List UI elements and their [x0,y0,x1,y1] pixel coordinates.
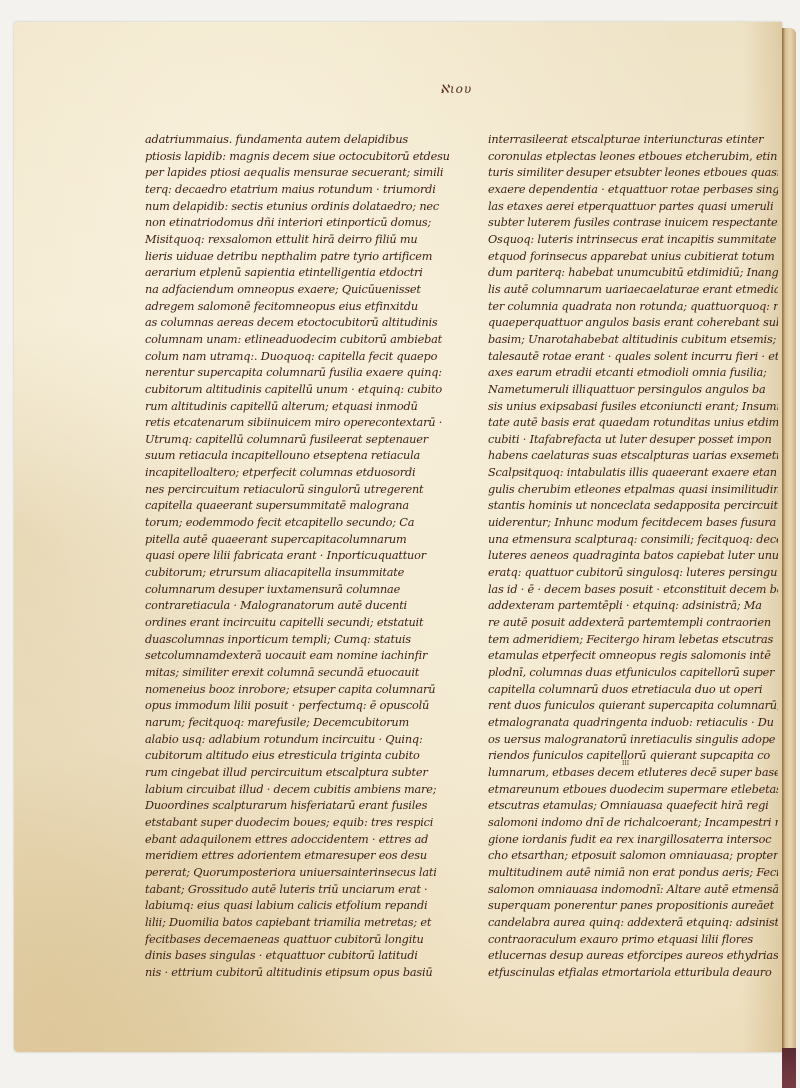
text-line: luteres aeneos quadraginta batos capieba… [488,548,778,565]
text-line: rum cingebat illud percircuitum etscalpt… [145,765,457,782]
text-line: adatriummaius. fundamenta autem delapidi… [145,132,457,149]
text-line: etquod forinsecus apparebat unius cubiti… [488,249,778,266]
text-line: cubiti · Itafabrefacta ut luter desuper … [488,432,778,449]
text-line: retis etcatenarum sibiinuicem miro opere… [145,415,457,432]
text-line: opus immodum lilii posuit · perfectumq: … [145,698,457,715]
text-line: incapitelloaltero; etperfecit columnas e… [145,465,457,482]
folio-number: ℵιου [440,82,472,96]
text-line: coronulas etplectas leones etboues etche… [488,149,778,166]
text-line: cubitorum; etrursum aliacapitella insumm… [145,565,457,582]
text-column-left: adatriummaius. fundamenta autem delapidi… [145,132,457,981]
text-line: cubitorum altitudo eius etresticula trig… [145,748,457,765]
text-line: etmalogranata quadringenta induob: retia… [488,715,778,732]
text-line: torum; eodemmodo fecit etcapitello secun… [145,515,457,532]
text-line: contraretiacula · Malogranatorum autē du… [145,598,457,615]
text-line: alabio usq: adlabium rotundum incircuitu… [145,732,457,749]
text-line: etscutras etamulas; Omniauasa quaefecit … [488,798,778,815]
text-line: dinis bases singulas · etquattuor cubito… [145,948,457,965]
text-line: habens caelaturas suas etscalpturas uari… [488,448,778,465]
text-line: ptiosis lapidib: magnis decem siue octoc… [145,149,457,166]
text-column-right: interrasileerat etscalpturae interiunctu… [488,132,778,981]
text-line: salomoni indomo dnī de richalcoerant; In… [488,815,778,832]
text-line: non etinatriodomus dñi interiori etinpor… [145,215,457,232]
text-line: interrasileerat etscalpturae interiunctu… [488,132,778,149]
text-line: sis unius exipsabasi fusiles etconiuncti… [488,399,778,416]
text-line: subter luterem fusiles contrase inuicem … [488,215,778,232]
text-line: pererat; Quorumposteriora uniuersainteri… [145,865,457,882]
text-line: cho etsarthan; etposuit salomon omniauas… [488,848,778,865]
text-line: Scalpsitquoq: intabulatis illis quaeeran… [488,465,778,482]
text-line: nomeneius booz inrobore; etsuper capita … [145,682,457,699]
text-line: columnam unam: etlineaduodecim cubitorū … [145,332,457,349]
text-line: las etaxes aerei etperquattuor partes qu… [488,199,778,216]
text-line: labium circuibat illud · decem cubitis a… [145,782,457,799]
text-line: tem admeridiem; Fecitergo hiram lebetas … [488,632,778,649]
text-line: basim; Unarotahabebat altitudinis cubitu… [488,332,778,349]
text-line: etamulas etperfecit omneopus regis salom… [488,648,778,665]
text-line: candelabra aurea quinq: addexterā etquin… [488,915,778,932]
text-line: adregem salomonē fecitomneopus eius etfi… [145,299,457,316]
text-line: dum pariterq: habebat unumcubitū etdimid… [488,265,778,282]
text-line: uiderentur; Inhunc modum fecitdecem base… [488,515,778,532]
text-line: Osquoq: luteris intrinsecus erat incapit… [488,232,778,249]
text-line: re autē posuit addexterā partemtempli co… [488,615,778,632]
text-line: nerentur supercapita columnarū fusilia e… [145,365,457,382]
text-line: etfuscinulas etfialas etmortariola ettur… [488,965,778,982]
text-line: gione iordanis fudit ea rex inargillosat… [488,832,778,849]
text-line: pitella autē quaeerant supercapitacolumn… [145,532,457,549]
text-line: rent duos funiculos quierant supercapita… [488,698,778,715]
text-line: etlucernas desup aureas etforcipes aureo… [488,948,778,965]
text-line: lis autē columnarum uariaecaelaturae era… [488,282,778,299]
text-line: Misitquoq: rexsalomon ettulit hirā deirr… [145,232,457,249]
text-line: terq: decaedro etatrium maius rotundum ·… [145,182,457,199]
text-line: superquam ponerentur panes propositionis… [488,898,778,915]
text-line: fecitbases decemaeneas quattuor cubitorū… [145,932,457,949]
text-line: per lapides ptiosi aequalis mensurae sec… [145,165,457,182]
text-line: nis · ettrium cubitorū altitudinis etips… [145,965,457,982]
text-line: quaeperquattuor angulos basis erant cohe… [488,315,778,332]
text-line: setcolumnamdexterā uocauit eam nomine ia… [145,648,457,665]
text-line: nes percircuitum retiaculorū singulorū u… [145,482,457,499]
text-line: una etmensura scalpturaq: consimili; fec… [488,532,778,549]
text-line: salomon omniauasa indomodnī: Altare autē… [488,882,778,899]
text-line: las id · ē · decem bases posuit · etcons… [488,582,778,599]
text-line: turis similiter desuper etsubter leones … [488,165,778,182]
text-line: plodnī, columnas duas etfuniculos capite… [488,665,778,682]
binding-edge [782,1048,796,1088]
text-line: as columnas aereas decem etoctocubitorū … [145,315,457,332]
text-line: quasi opere lilii fabricata erant · Inpo… [145,548,457,565]
text-line: narum; fecitquoq: marefusile; Decemcubit… [145,715,457,732]
text-line: meridiem ettres adorientem etmaresuper e… [145,848,457,865]
interlinear-gloss: III [622,760,629,767]
text-line: ebant adaquilonem ettres adoccidentem · … [145,832,457,849]
text-line: addexteram partemtēpli · etquinq: adsini… [488,598,778,615]
text-line: ter columnia quadrata non rotunda; quatt… [488,299,778,316]
text-line: labiumq: eius quasi labium calicis etfol… [145,898,457,915]
text-line: suum retiacula incapitellouno etseptena … [145,448,457,465]
page-gutter [782,28,796,1058]
text-line: colum nam utramq:. Duoquoq: capitella fe… [145,349,457,366]
text-line: lieris uiduae detribu nepthalim patre ty… [145,249,457,266]
text-line: exaere dependentia · etquattuor rotae pe… [488,182,778,199]
text-line: na adfaciendum omneopus exaere; Quicūuen… [145,282,457,299]
text-line: aerarium etplenū sapientia etintelligent… [145,265,457,282]
text-line: axes earum etradii etcanti etmodioli omn… [488,365,778,382]
text-line: lumnarum, etbases decem etluteres decē s… [488,765,778,782]
text-line: Nametumeruli illiquattuor persingulos an… [488,382,778,399]
text-line: capitella quaeerant supersummitatē malog… [145,498,457,515]
text-line: multitudinem autē nimiā non erat pondus … [488,865,778,882]
text-line: eratq: quattuor cubitorū singulosq: lute… [488,565,778,582]
text-line: etmareunum etboues duodecim supermare et… [488,782,778,799]
text-line: etstabant super duodecim boues; equib: t… [145,815,457,832]
text-line: lilii; Duomilia batos capiebant triamili… [145,915,457,932]
text-line: num delapidib: sectis etunius ordinis do… [145,199,457,216]
text-line: cubitorum altitudinis capitellū unum · e… [145,382,457,399]
text-line: stantis hominis ut nonceclata sedapposit… [488,498,778,515]
text-line: duascolumnas inporticum templi; Cumq: st… [145,632,457,649]
text-line: riendos funiculos capitellorū quierant s… [488,748,778,765]
text-line: rum altitudinis capitellū alterum; etqua… [145,399,457,416]
text-line: tate autē basis erat quaedam rotunditas … [488,415,778,432]
text-line: ordines erant incircuitu capitelli secun… [145,615,457,632]
text-line: capitella columnarū duos etretiacula duo… [488,682,778,699]
text-line: mitas; similiter erexit columnā secundā … [145,665,457,682]
text-line: Duoordines scalpturarum hisferiatarū era… [145,798,457,815]
text-line: columnarum desuper iuxtamensurā columnae [145,582,457,599]
text-line: Utrumq: capitellū columnarū fusileerat s… [145,432,457,449]
text-line: contraoraculum exauro primo etquasi lili… [488,932,778,949]
text-line: os uersus malogranatorū inretiaculis sin… [488,732,778,749]
text-line: tabant; Grossitudo autē luteris triū unc… [145,882,457,899]
text-line: talesautē rotae erant · quales solent in… [488,349,778,366]
text-line: gulis cherubim etleones etpalmas quasi i… [488,482,778,499]
